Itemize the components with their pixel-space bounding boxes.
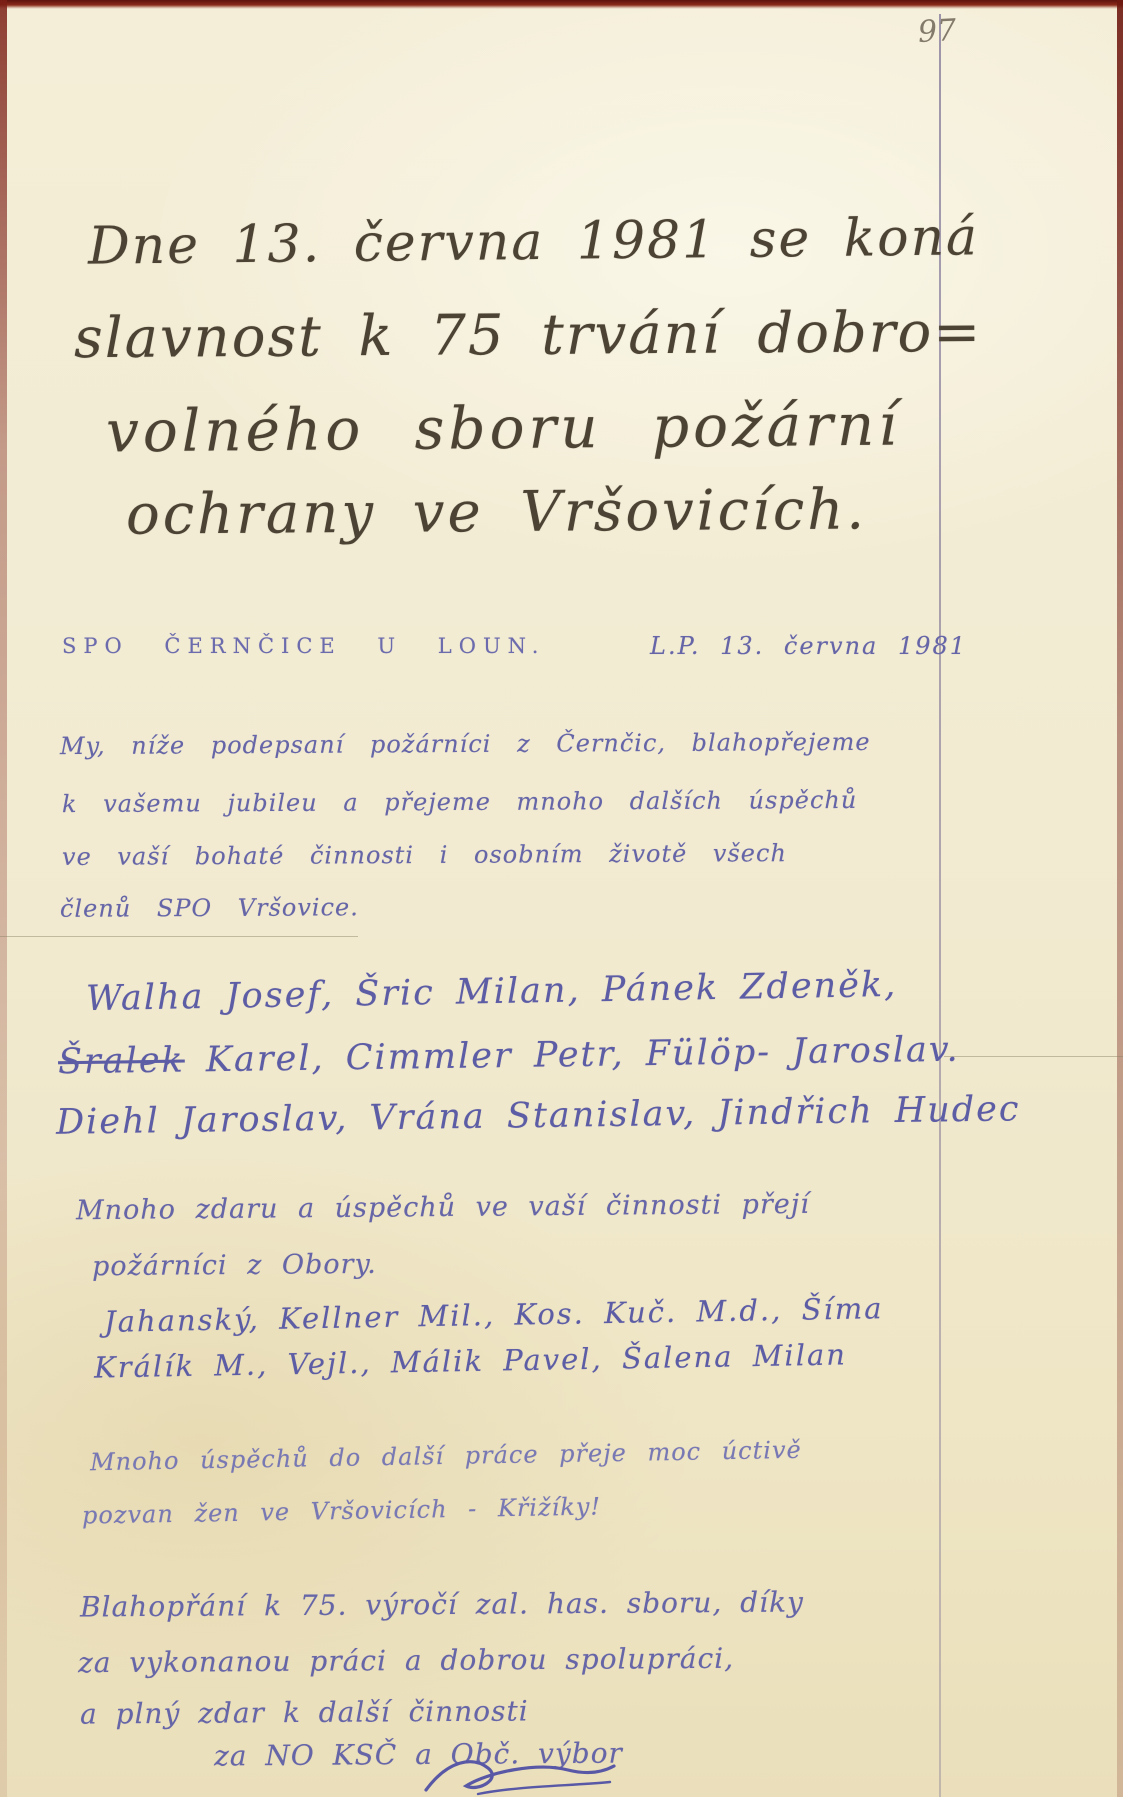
paper-crease-right [944, 1056, 1123, 1057]
page-number: 97 [917, 13, 957, 50]
title-line-4: ochrany ve Vršovicích. [126, 477, 868, 547]
paper-crease-left [0, 936, 358, 937]
signature-row-rest: Karel, Cimmler Petr, Fülöp- Jaroslav. [184, 1030, 959, 1081]
greeting-cerncice-line-2: k vašemu jubileu a přejeme mnoho dalších… [62, 786, 857, 818]
greeting-committee-line-3: a plný zdar k další činnosti [80, 1694, 529, 1730]
signature-row: Šralek Karel, Cimmler Petr, Fülöp- Jaros… [58, 1030, 960, 1083]
book-left-edge [0, 0, 7, 1797]
book-top-edge [0, 0, 1123, 9]
book-right-edge [1117, 0, 1123, 1797]
title-line-1: Dne 13. června 1981 se koná [88, 207, 980, 276]
dateline-date: L.P. 13. června 1981 [650, 632, 967, 660]
ruled-margin-line [939, 14, 941, 1797]
greeting-women-line-1: Mnoho úspěchů do další práce přeje moc ú… [90, 1436, 802, 1476]
title-line-3: volného sboru požární [106, 391, 901, 466]
struck-signature: Šralek [58, 1041, 185, 1083]
dateline-unit: SPO ČERNČICE U LOUN. [62, 634, 545, 658]
signature-row: Diehl Jaroslav, Vrána Stanislav, Jindřic… [56, 1089, 1021, 1142]
title-line-2: slavnost k 75 trvání dobro= [74, 300, 983, 371]
greeting-committee-line-2: za vykonanou práci a dobrou spolupráci, [78, 1642, 734, 1680]
greeting-obora-line-1: Mnoho zdaru a úspěchů ve vaší činnosti p… [76, 1189, 810, 1226]
signature-flourish [418, 1752, 618, 1797]
signature-row: Jahanský, Kellner Mil., Kos. Kuč. M.d., … [104, 1291, 884, 1339]
signature-row: Králík M., Vejl., Málik Pavel, Šalena Mi… [94, 1337, 847, 1384]
greeting-cerncice-line-3: ve vaší bohaté činnosti i osobním životě… [62, 839, 787, 871]
signature-row: Walha Josef, Šric Milan, Pánek Zdeněk, [86, 965, 898, 1019]
greeting-women-line-2: pozvan žen ve Vršovicích - Křižíky! [82, 1492, 601, 1529]
greeting-cerncice-line-1: My, níže podepsaní požárníci z Černčic, … [60, 728, 871, 760]
greeting-cerncice-line-4: členů SPO Vršovice. [60, 893, 359, 923]
chronicle-page: 97 Dne 13. června 1981 se koná slavnost … [0, 0, 1123, 1797]
greeting-committee-line-1: Blahopřání k 75. výročí zal. has. sboru,… [80, 1585, 804, 1623]
greeting-obora-line-2: požárníci z Obory. [92, 1249, 377, 1282]
